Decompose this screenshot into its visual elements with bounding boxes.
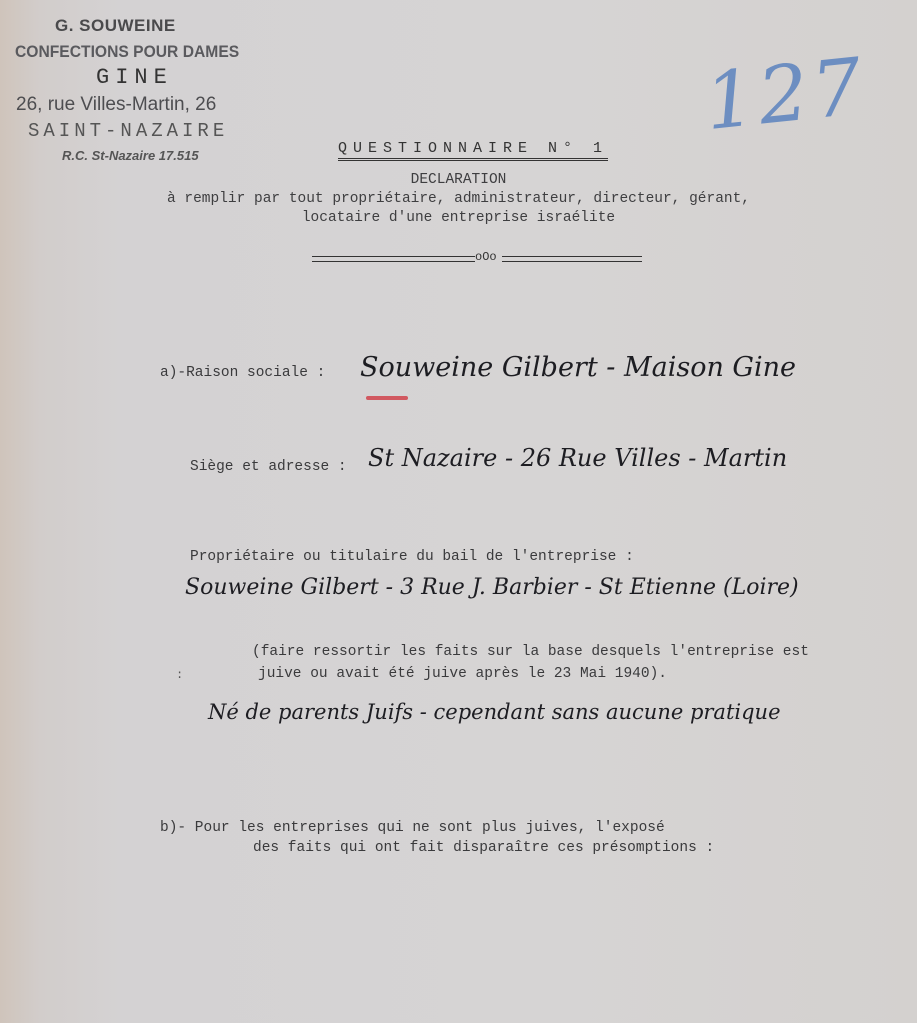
header-line-1: à remplir par tout propriétaire, adminis… xyxy=(0,191,917,207)
instruction-line-2: juive ou avait été juive après le 23 Mai… xyxy=(258,666,667,682)
stamp-registry: R.C. St-Nazaire 17.515 xyxy=(62,148,199,163)
raison-sociale-value: Souweine Gilbert - Maison Gine xyxy=(360,352,796,383)
siege-label: Siège et adresse : xyxy=(190,459,347,475)
proprietaire-label: Propriétaire ou titulaire du bail de l'e… xyxy=(190,549,634,565)
folio-number: 127 xyxy=(701,42,870,148)
section-b-line-2: des faits qui ont fait disparaître ces p… xyxy=(253,840,714,856)
stamp-name: G. SOUWEINE xyxy=(55,16,176,36)
siege-value: St Nazaire - 26 Rue Villes - Martin xyxy=(368,444,787,472)
margin-mark: : xyxy=(176,668,183,682)
section-b-line-1: b)- Pour les entreprises qui ne sont plu… xyxy=(160,820,665,836)
divider-ornament: oOo xyxy=(475,250,497,264)
red-underline-mark xyxy=(366,396,408,400)
stamp-business: CONFECTIONS POUR DAMES xyxy=(15,42,239,62)
proprietaire-value: Souweine Gilbert - 3 Rue J. Barbier - St… xyxy=(185,575,799,600)
stamp-city: SAINT-NAZAIRE xyxy=(28,120,228,142)
ornamental-divider: oOo xyxy=(312,253,642,265)
header-line-2: locataire d'une entreprise israélite xyxy=(0,210,917,226)
divider-rule-right xyxy=(502,256,642,262)
document-subtitle: DECLARATION xyxy=(0,172,917,188)
stamp-address: 26, rue Villes-Martin, 26 xyxy=(16,94,216,116)
divider-rule-left xyxy=(312,256,475,262)
instruction-line-1: (faire ressortir les faits sur la base d… xyxy=(252,644,809,660)
document-title: QUESTIONNAIRE N° 1 xyxy=(338,140,608,161)
raison-sociale-label: a)-Raison sociale : xyxy=(160,365,325,381)
faits-value: Né de parents Juifs - cependant sans auc… xyxy=(208,700,781,724)
stamp-brand: GINE xyxy=(96,65,173,90)
